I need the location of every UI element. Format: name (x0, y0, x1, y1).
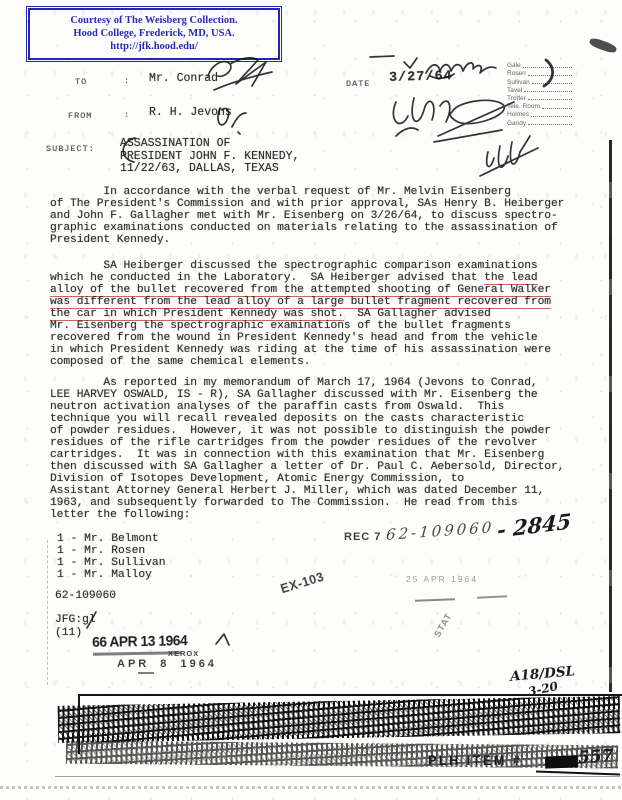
to-value: Mr. Conrad (149, 72, 218, 85)
from-value: R. H. Jevons (149, 106, 232, 119)
scanned-memo-page: Courtesy of The Weisberg Collection. Hoo… (0, 0, 622, 800)
routing-name: Gale (507, 61, 573, 69)
pen-dash-top (370, 56, 394, 57)
credit-box: Courtesy of The Weisberg Collection. Hoo… (28, 8, 280, 60)
ink-scribble-band (58, 696, 621, 743)
scribble-oval-strike (434, 100, 514, 142)
ink-scribble-band (66, 741, 618, 769)
paragraph: As reported in my memorandum of March 17… (50, 377, 618, 521)
body-line: then discussed with SA Gallagher a lette… (50, 461, 618, 473)
body-line: graphic examinations conducted on materi… (50, 222, 618, 234)
routing-name: Tavel (507, 86, 573, 94)
scan-edge-line (55, 776, 620, 777)
from-label: FROM (68, 111, 92, 121)
body-line: neutron activation analyses of the paraf… (50, 401, 618, 413)
body-line: composed of the same chemical elements. (50, 356, 618, 368)
cc-line: 1 - Mr. Belmont (57, 533, 165, 545)
pen-underline (536, 771, 620, 776)
credit-line-1: Courtesy of The Weisberg Collection. (32, 14, 276, 27)
routing-list: GaleRosenSullivanTavelTrotterTele. RoomH… (507, 61, 573, 127)
body-line: of The President's Commission and with p… (50, 198, 618, 210)
body-line: was different from the lead alloy of a l… (50, 296, 618, 308)
to-colon: : (124, 76, 130, 86)
body-line: the car in which President Kennedy was s… (50, 308, 618, 320)
cc-line: 1 - Mr. Malloy (57, 569, 165, 581)
faint-date-stamp: 25 APR 1964 (406, 574, 478, 584)
subject-line: ASSASSINATION OF (120, 138, 299, 151)
pen-dash (477, 595, 507, 599)
plh-item-stamp: PLH ITEM # (428, 753, 522, 768)
body-line: Division of Isotopes Development, Atomic… (50, 473, 618, 485)
body-line: cartridges. It was in connection with th… (50, 449, 618, 461)
paragraph: SA Heiberger discussed the spectrographi… (50, 260, 618, 368)
cc-line: 1 - Mr. Rosen (57, 545, 165, 557)
body-line: As reported in my memorandum of March 17… (50, 377, 618, 389)
body-line: of powder residues. However, it was not … (50, 425, 618, 437)
body-line: In accordance with the verbal request of… (50, 186, 618, 198)
body-line: President Kennedy. (50, 234, 618, 246)
body-line: Mr. Eisenberg the spectrographic examina… (50, 320, 618, 332)
blacked-out-number (545, 755, 578, 768)
scribble-loops (393, 98, 449, 136)
date-value: 3/27/64 (389, 69, 453, 86)
body-line: in which President Kennedy was riding at… (50, 344, 618, 356)
routing-name: Gandy (507, 118, 573, 126)
body-line: LEE HARVEY OSWALD, IS - R), SA Gallagher… (50, 389, 618, 401)
file-number: 62-109060 (55, 590, 116, 602)
ex-103-stamp: EX-103 (279, 570, 326, 596)
subject-block: ASSASSINATION OFPRESIDENT JOHN F. KENNED… (120, 138, 299, 176)
routing-name: Sullivan (507, 77, 573, 85)
body-line: and John F. Gallagher met with Mr. Eisen… (50, 210, 618, 222)
scan-edge-dots (0, 786, 622, 789)
scan-edge-artifact (609, 140, 612, 692)
body-line: residues of the rifle cartridges from th… (50, 437, 618, 449)
rec-stamp: REC 7 (344, 531, 381, 543)
pen-check-mark (404, 58, 417, 68)
date-received-stamp: APR 8 1964 (117, 658, 217, 670)
scribble-initials-lower (480, 136, 538, 176)
routing-name: Tele. Room (507, 102, 573, 110)
typist-initials: JFG:gl (55, 614, 96, 626)
body-line: SA Heiberger discussed the spectrographi… (50, 260, 618, 272)
body-line: alloy of the bullet recovered from the a… (50, 284, 618, 296)
cc-line: 1 - Mr. Sullivan (57, 557, 165, 569)
from-colon: : (124, 110, 130, 120)
paper-crease (47, 540, 48, 685)
credit-line-3: http://jfk.hood.edu/ (32, 40, 276, 53)
to-label: TO (75, 77, 87, 87)
corner-ink-mark (588, 36, 617, 54)
credit-line-2: Hood College, Frederick, MD, USA. (32, 27, 276, 40)
date-label: DATE (346, 79, 370, 89)
copies-count: (11) (55, 627, 82, 639)
body-line: Assistant Attorney General Herbert J. Mi… (50, 485, 618, 497)
cc-list: 1 - Mr. Belmont1 - Mr. Rosen1 - Mr. Sull… (57, 533, 165, 581)
routing-name: Trotter (507, 94, 573, 102)
paragraph: In accordance with the verbal request of… (50, 186, 618, 246)
routing-name: Holmes (507, 110, 573, 118)
frame-line-horizontal (78, 694, 622, 696)
pen-dash (138, 672, 154, 674)
handwritten-file-number: 62-109060 (385, 518, 494, 544)
routing-name: Rosen (507, 69, 573, 77)
subject-line: 11/22/63, DALLAS, TEXAS (120, 163, 299, 176)
body-line: technique you will recall revealed depos… (50, 413, 618, 425)
pen-dash (415, 598, 455, 601)
body-line: recovered from the wound in President Ke… (50, 332, 618, 344)
handwritten-item-number: 557 (577, 746, 614, 768)
rotated-side-stamp: STAT (432, 611, 454, 639)
body-text: In accordance with the verbal request of… (50, 186, 618, 521)
subject-label: SUBJECT: (46, 144, 95, 154)
body-line: which he conducted in the Laboratory. SA… (50, 272, 618, 284)
caret-mark (216, 634, 229, 645)
body-line: 1963, and subsequently forwarded to The … (50, 497, 618, 509)
